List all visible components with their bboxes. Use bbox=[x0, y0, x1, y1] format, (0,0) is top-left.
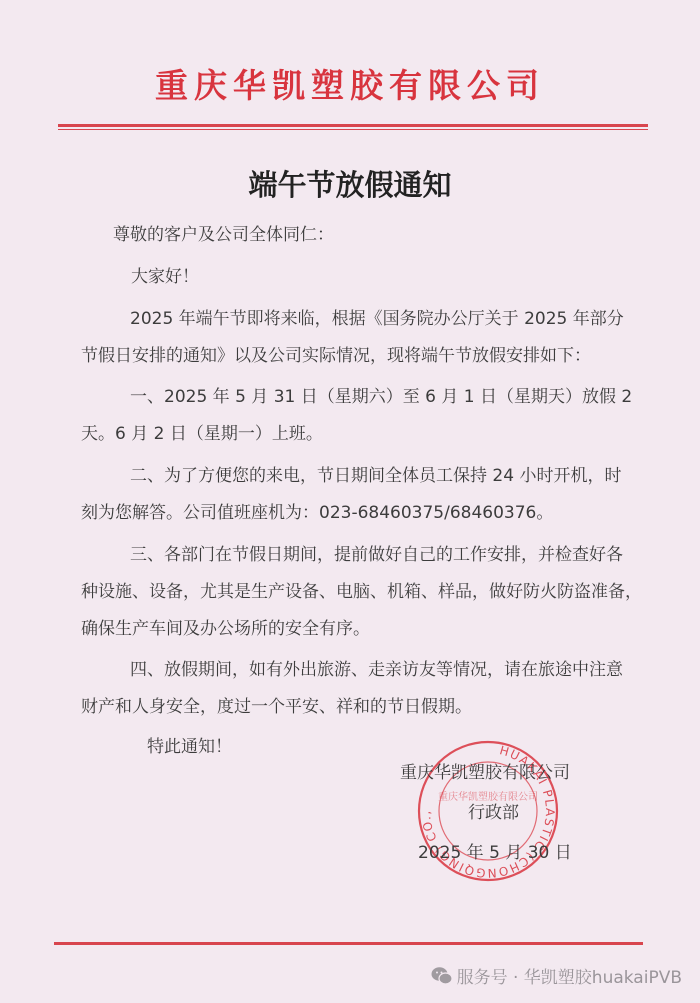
paragraph-3-line-2: 种设施、设备，尤其是生产设备、电脑、机箱、样品，做好防火防盗准备， bbox=[81, 577, 642, 602]
signature-date: 2025 年 5 月 30 日 bbox=[418, 838, 572, 863]
paragraph-4-line-2: 财产和人身安全，度过一个平安、祥和的节日假期。 bbox=[81, 692, 472, 717]
paragraph-intro-line-2: 节假日安排的通知》以及公司实际情况，现将端午节放假安排如下： bbox=[81, 341, 591, 366]
greeting: 大家好！ bbox=[131, 262, 199, 287]
letterhead-divider-thick bbox=[58, 124, 648, 127]
notice-title: 端午节放假通知 bbox=[0, 163, 700, 204]
wechat-icon bbox=[431, 966, 453, 986]
signature-company: 重庆华凯塑胶有限公司 bbox=[400, 758, 570, 783]
paragraph-2-line-1: 二、为了方便您的来电，节日期间全体员工保持 24 小时开机，时 bbox=[130, 461, 621, 486]
paragraph-4-line-1: 四、放假期间，如有外出旅游、走亲访友等情况，请在旅途中注意 bbox=[130, 655, 623, 680]
salutation: 尊敬的客户及公司全体同仁： bbox=[113, 220, 334, 245]
footer-divider bbox=[54, 942, 643, 945]
signature-department: 行政部 bbox=[468, 798, 519, 823]
closing-line: 特此通知！ bbox=[147, 732, 232, 757]
paragraph-3-line-1: 三、各部门在节假日期间，提前做好自己的工作安排，并检查好各 bbox=[130, 540, 623, 565]
paragraph-intro-line-1: 2025 年端午节即将来临，根据《国务院办公厅关于 2025 年部分 bbox=[130, 304, 624, 329]
paragraph-1-line-1: 一、2025 年 5 月 31 日（星期六）至 6 月 1 日（星期天）放假 2 bbox=[130, 382, 632, 407]
wechat-account-label: 服务号 · 华凯塑胶huakaiPVB bbox=[457, 963, 682, 988]
paragraph-1-line-2: 天。6 月 2 日（星期一）上班。 bbox=[81, 419, 323, 444]
wechat-account-watermark[interactable]: 服务号 · 华凯塑胶huakaiPVB bbox=[431, 963, 682, 988]
notice-document: 重庆华凯塑胶有限公司 端午节放假通知 尊敬的客户及公司全体同仁： 大家好！ 20… bbox=[0, 0, 700, 1003]
paragraph-2-line-2: 刻为您解答。公司值班座机为：023-68460375/68460376。 bbox=[81, 498, 553, 523]
paragraph-3-line-3: 确保生产车间及办公场所的安全有序。 bbox=[81, 614, 370, 639]
company-letterhead: 重庆华凯塑胶有限公司 bbox=[0, 60, 700, 107]
letterhead-divider-thin bbox=[58, 129, 648, 130]
